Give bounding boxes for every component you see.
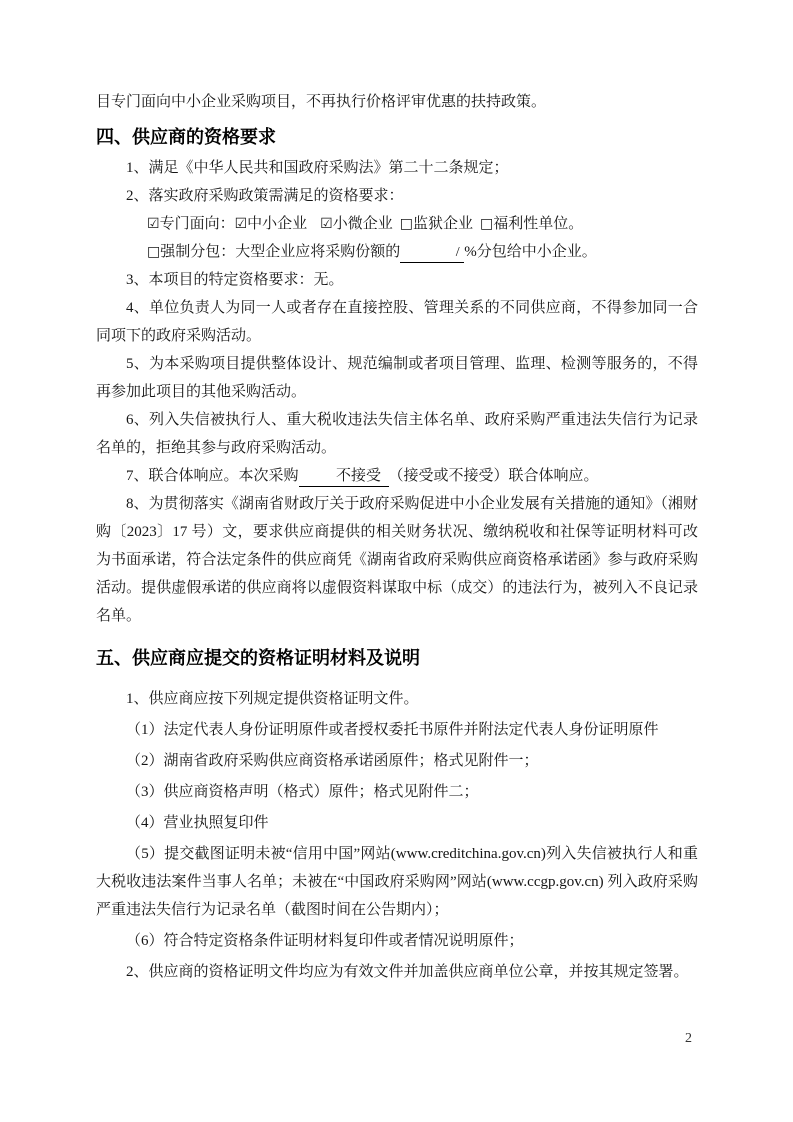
checkbox-unchecked-icon: □ xyxy=(400,216,413,232)
intro-paragraph: 目专门面向中小企业采购项目，不再执行价格评审优惠的扶持政策。 xyxy=(96,88,698,116)
section4-item2: 2、落实政府采购政策需满足的资格要求： xyxy=(96,182,698,210)
section4-checkline-targeted: ☑专门面向：☑中小企业☑小微企业□监狱企业□福利性单位。 xyxy=(96,210,698,238)
section5-sub6: （6）符合特定资格条件证明材料复印件或者情况说明原件； xyxy=(96,927,698,955)
section4-item7: 7、联合体响应。本次采购不接受（接受或不接受）联合体响应。 xyxy=(96,462,698,490)
consortium-text-suffix: （接受或不接受）联合体响应。 xyxy=(389,468,599,484)
checkbox-checked-icon: ☑ xyxy=(320,216,333,232)
checkline-label-prison: 监狱企业 xyxy=(413,216,473,232)
checkbox-checked-icon: ☑ xyxy=(235,216,248,232)
section4-item6: 6、列入失信被执行人、重大税收违法失信主体名单、政府采购严重违法失信行为记录名单… xyxy=(96,406,698,462)
section5-item2: 2、供应商的资格证明文件均应为有效文件并加盖供应商单位公章，并按其规定签署。 xyxy=(96,958,698,986)
section4-checkline-subcontract: □强制分包：大型企业应将采购份额的/%分包给中小企业。 xyxy=(96,238,698,266)
checkline-label-smes: 中小企业 xyxy=(247,216,307,232)
consortium-text-prefix: 7、联合体响应。本次采购 xyxy=(126,468,299,484)
section-qualification-documents: 五、供应商应提交的资格证明材料及说明 1、供应商应按下列规定提供资格证明文件。 … xyxy=(96,643,698,986)
section5-sub1: （1）法定代表人身份证明原件或者授权委托书原件并附法定代表人身份证明原件 xyxy=(96,716,698,744)
section-supplier-qualification-requirements: 四、供应商的资格要求 1、满足《中华人民共和国政府采购法》第二十二条规定； 2、… xyxy=(96,122,698,630)
section4-item3: 3、本项目的特定资格要求：无。 xyxy=(96,266,698,294)
consortium-answer-blank: 不接受 xyxy=(299,467,389,487)
section5-sub3: （3）供应商资格声明（格式）原件；格式见附件二； xyxy=(96,778,698,806)
section5-sub2: （2）湖南省政府采购供应商资格承诺函原件；格式见附件一； xyxy=(96,747,698,775)
page-content: 目专门面向中小企业采购项目，不再执行价格评审优惠的扶持政策。 四、供应商的资格要… xyxy=(96,88,698,989)
document-page: 目专门面向中小企业采购项目，不再执行价格评审优惠的扶持政策。 四、供应商的资格要… xyxy=(0,0,793,1122)
section4-item4: 4、单位负责人为同一人或者存在直接控股、管理关系的不同供应商，不得参加同一合同项… xyxy=(96,294,698,350)
checkline-label-welfare: 福利性单位。 xyxy=(493,216,583,232)
checkbox-checked-icon: ☑ xyxy=(147,216,160,232)
section5-sub4: （4）营业执照复印件 xyxy=(96,809,698,837)
page-number: 2 xyxy=(685,1031,692,1047)
checkbox-unchecked-icon: □ xyxy=(480,216,493,232)
section4-heading: 四、供应商的资格要求 xyxy=(96,122,698,152)
subcontract-text-prefix: 强制分包：大型企业应将采购份额的 xyxy=(160,244,400,260)
section5-sub5: （5）提交截图证明未被“信用中国”网站(www.creditchina.gov.… xyxy=(96,840,698,924)
section4-item8: 8、为贯彻落实《湖南省财政厅关于政府采购促进中小企业发展有关措施的通知》（湘财购… xyxy=(96,490,698,630)
section5-item1: 1、供应商应按下列规定提供资格证明文件。 xyxy=(96,685,698,713)
section4-item1: 1、满足《中华人民共和国政府采购法》第二十二条规定； xyxy=(96,154,698,182)
checkbox-unchecked-icon: □ xyxy=(147,244,160,260)
subcontract-text-suffix: %分包给中小企业。 xyxy=(464,244,597,260)
checkline-label-targeted: 专门面向： xyxy=(160,216,235,232)
section4-item5: 5、为本采购项目提供整体设计、规范编制或者项目管理、监理、检测等服务的，不得再参… xyxy=(96,350,698,406)
percentage-blank-field: / xyxy=(400,243,464,263)
checkline-label-micro: 小微企业 xyxy=(333,216,393,232)
section5-heading: 五、供应商应提交的资格证明材料及说明 xyxy=(96,643,698,673)
